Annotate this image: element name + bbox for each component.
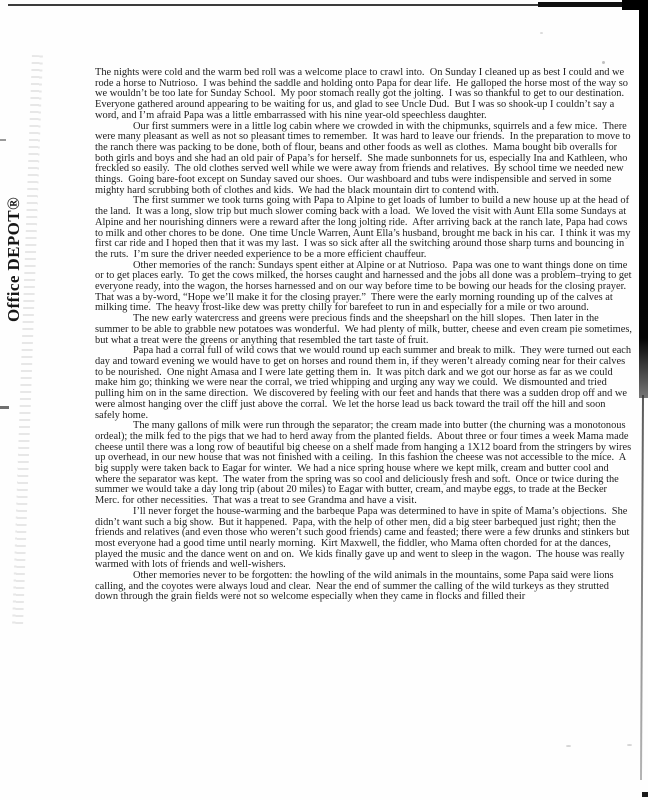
- paragraph: The nights were cold and the warm bed ro…: [95, 68, 632, 122]
- scan-speck: [566, 745, 571, 747]
- paragraph: The first summer we took turns going wit…: [95, 196, 632, 260]
- paragraph: Papa had a corral full of wild cows that…: [95, 346, 632, 421]
- paper-brand-edge-print: Office DEPOT®: [4, 197, 24, 322]
- paragraph: Other memories of the ranch: Sundays spe…: [95, 261, 632, 315]
- scan-speck: [540, 32, 543, 34]
- scan-speck: [108, 115, 112, 117]
- scan-speck: [178, 71, 181, 73]
- paragraph: Our first summers were in a little log c…: [95, 122, 632, 197]
- scan-speck: [602, 61, 605, 64]
- paragraph: I’ll never forget the house-warming and …: [95, 507, 632, 571]
- scan-bottom-right-mark: [642, 792, 648, 797]
- scan-left-edge-tick: [0, 139, 6, 141]
- paragraph: The new early watercress and greens were…: [95, 314, 632, 346]
- scanned-page: Office DEPOT® The nights were cold and t…: [0, 0, 648, 800]
- text-body: The nights were cold and the warm bed ro…: [95, 68, 632, 603]
- paragraph: The many gallons of milk were run throug…: [95, 421, 632, 507]
- edge-print-artifact: [12, 55, 43, 625]
- scan-left-edge-dash: [0, 406, 9, 409]
- scan-speck: [627, 744, 632, 746]
- scan-right-edge-line: [640, 395, 644, 780]
- scan-right-edge-bar: [639, 0, 648, 398]
- paragraph: Other memories never to be forgotten: th…: [95, 571, 632, 603]
